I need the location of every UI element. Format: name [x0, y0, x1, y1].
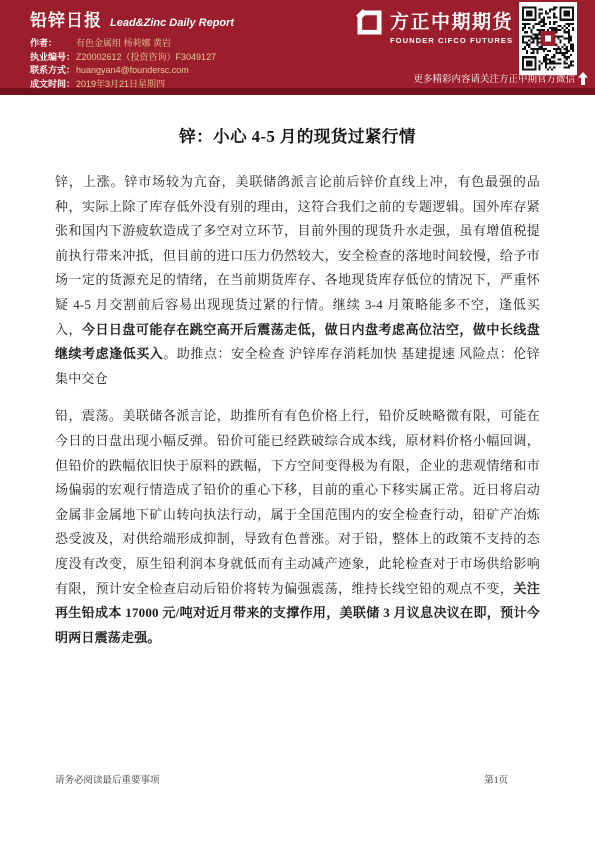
wechat-qr-code: [519, 2, 577, 75]
info-row-contact: 联系方式： huangyan4@foundersc.com: [30, 64, 234, 78]
info-value: 有色金属组 杨莉娜 黄岩: [76, 37, 171, 51]
up-arrow-icon: [578, 72, 588, 85]
author-info-block: 作者： 有色金属组 杨莉娜 黄岩 执业编号： Z20002612（投资咨询）F3…: [30, 37, 234, 91]
brand-text: 方正中期期货 FOUNDER CIFCO FUTURES: [390, 7, 513, 45]
founder-logo-icon: [356, 9, 383, 36]
info-label: 联系方式：: [30, 64, 76, 78]
article-body: 锌，上涨。锌市场较为亢奋，美联储鸽派言论前后锌价直线上冲，有色最强的品种，实际上…: [55, 170, 540, 650]
info-row-date: 成文时间： 2019年3月21日星期四: [30, 78, 234, 92]
wechat-note-text: 更多精彩内容请关注方正中期官方微信: [413, 71, 575, 85]
paragraph: 锌，上涨。锌市场较为亢奋，美联储鸽派言论前后锌价直线上冲，有色最强的品种，实际上…: [55, 170, 540, 391]
header-left: 铅锌日报 Lead&Zinc Daily Report 作者： 有色金属组 杨莉…: [30, 6, 234, 91]
brand-name-en: FOUNDER CIFCO FUTURES: [390, 36, 513, 45]
report-title-en: Lead&Zinc Daily Report: [110, 17, 234, 29]
info-label: 作者：: [30, 37, 76, 51]
footer: 请务必阅读最后重要事项 第1页: [55, 772, 540, 786]
info-value: huangyan4@foundersc.com: [76, 64, 189, 78]
report-page: 铅锌日报 Lead&Zinc Daily Report 作者： 有色金属组 杨莉…: [0, 0, 595, 842]
report-title: 铅锌日报 Lead&Zinc Daily Report: [30, 6, 234, 31]
report-title-cn: 铅锌日报: [30, 6, 102, 31]
info-value: 2019年3月21日星期四: [76, 78, 165, 92]
info-row-author: 作者： 有色金属组 杨莉娜 黄岩: [30, 37, 234, 51]
header-band: 铅锌日报 Lead&Zinc Daily Report 作者： 有色金属组 杨莉…: [0, 0, 595, 95]
info-row-license: 执业编号： Z20002612（投资咨询）F3049127: [30, 51, 234, 65]
info-label: 执业编号：: [30, 51, 76, 65]
page-number: 第1页: [484, 772, 508, 786]
brand-logo: 方正中期期货 FOUNDER CIFCO FUTURES: [356, 7, 513, 45]
footer-disclaimer: 请务必阅读最后重要事项: [55, 772, 160, 786]
brand-name-cn: 方正中期期货: [390, 7, 513, 34]
paragraph: 铅，震荡。美联储各派言论，助推所有有色价格上行，铅价反映略微有限，可能在今日的日…: [55, 404, 540, 650]
article-title: 锌：小心 4-5 月的现货过紧行情: [0, 123, 595, 147]
wechat-note: 更多精彩内容请关注方正中期官方微信: [413, 71, 588, 85]
info-label: 成文时间：: [30, 78, 76, 92]
info-value: Z20002612（投资咨询）F3049127: [76, 51, 216, 65]
